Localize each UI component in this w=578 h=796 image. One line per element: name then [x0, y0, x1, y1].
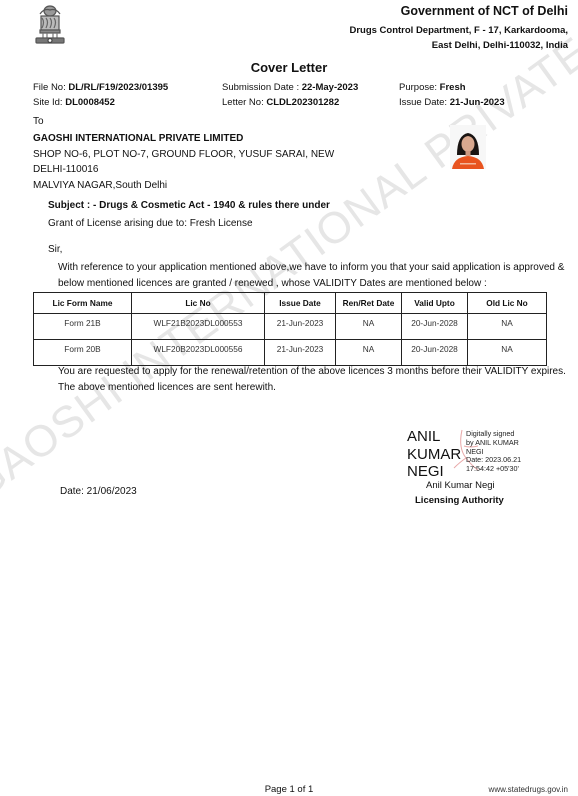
department-address-line2: East Delhi, Delhi-110032, India [432, 40, 568, 51]
file-no: File No: DL/RL/F19/2023/01395 [33, 82, 168, 93]
site-id-value: DL0008452 [65, 97, 115, 108]
issue-date: Issue Date: 21-Jun-2023 [399, 97, 505, 108]
signatory-designation: Licensing Authority [415, 495, 504, 506]
old-lic-no-cell: NA [468, 340, 547, 366]
valid-upto-cell: 20-Jun-2028 [402, 340, 468, 366]
lic-no-cell: WLF20B2023DL000556 [132, 340, 265, 366]
file-no-label: File No: [33, 82, 68, 93]
issue-date-value: 21-Jun-2023 [450, 97, 505, 108]
letter-no-label: Letter No: [222, 97, 266, 108]
subject-line: Subject : - Drugs & Cosmetic Act - 1940 … [48, 200, 330, 211]
to-label: To [33, 116, 44, 127]
issue-date-cell: 21-Jun-2023 [265, 340, 336, 366]
site-id: Site Id: DL0008452 [33, 97, 115, 108]
table-row: Form 21B WLF21B2023DL000553 21-Jun-2023 … [34, 314, 547, 340]
letter-date: Date: 21/06/2023 [60, 486, 137, 497]
site-id-label: Site Id: [33, 97, 65, 108]
government-title: Government of NCT of Delhi [401, 4, 568, 18]
purpose: Purpose: Fresh [399, 82, 466, 93]
grant-line: Grant of License arising due to: Fresh L… [48, 218, 253, 229]
digital-signature-details: Digitally signed by ANIL KUMAR NEGI Date… [466, 430, 521, 474]
column-header: Issue Date [265, 293, 336, 314]
column-header: Ren/Ret Date [336, 293, 402, 314]
page-title: Cover Letter [0, 60, 578, 75]
ren-ret-date-cell: NA [336, 314, 402, 340]
submission-date-value: 22-May-2023 [302, 82, 359, 93]
national-emblem-icon [32, 2, 68, 46]
addressee-name: GAOSHI INTERNATIONAL PRIVATE LIMITED [33, 133, 243, 144]
website-url[interactable]: www.statedrugs.gov.in [489, 785, 568, 794]
old-lic-no-cell: NA [468, 314, 547, 340]
valid-upto-cell: 20-Jun-2028 [402, 314, 468, 340]
file-no-value: DL/RL/F19/2023/01395 [68, 82, 168, 93]
submission-date-label: Submission Date : [222, 82, 302, 93]
column-header: Old Lic No [468, 293, 547, 314]
addressee-address-line3: MALVIYA NAGAR,South Delhi [33, 180, 167, 191]
letter-no: Letter No: CLDL202301282 [222, 97, 339, 108]
renewal-paragraph: You are requested to apply for the renew… [58, 364, 568, 395]
lic-no-cell: WLF21B2023DL000553 [132, 314, 265, 340]
department-address-line1: Drugs Control Department, F - 17, Karkar… [349, 25, 568, 36]
lic-form-name-cell: Form 20B [34, 340, 132, 366]
addressee-address-line2: DELHI-110016 [33, 164, 98, 175]
letter-no-value: CLDL202301282 [266, 97, 339, 108]
submission-date: Submission Date : 22-May-2023 [222, 82, 358, 93]
addressee-address-line1: SHOP NO-6, PLOT NO-7, GROUND FLOOR, YUSU… [33, 149, 334, 160]
issue-date-label: Issue Date: [399, 97, 450, 108]
column-header: Lic Form Name [34, 293, 132, 314]
column-header: Lic No [132, 293, 265, 314]
signature-detail-line: 17:54:42 +05'30' [466, 465, 521, 474]
lic-form-name-cell: Form 21B [34, 314, 132, 340]
applicant-photo [450, 125, 486, 169]
intro-paragraph: With reference to your application menti… [58, 260, 573, 291]
issue-date-cell: 21-Jun-2023 [265, 314, 336, 340]
purpose-value: Fresh [440, 82, 466, 93]
licence-table: Lic Form Name Lic No Issue Date Ren/Ret … [33, 292, 547, 366]
salutation: Sir, [48, 244, 62, 255]
signatory-name: Anil Kumar Negi [426, 480, 495, 491]
table-header-row: Lic Form Name Lic No Issue Date Ren/Ret … [34, 293, 547, 314]
table-row: Form 20B WLF20B2023DL000556 21-Jun-2023 … [34, 340, 547, 366]
column-header: Valid Upto [402, 293, 468, 314]
ren-ret-date-cell: NA [336, 340, 402, 366]
purpose-label: Purpose: [399, 82, 440, 93]
